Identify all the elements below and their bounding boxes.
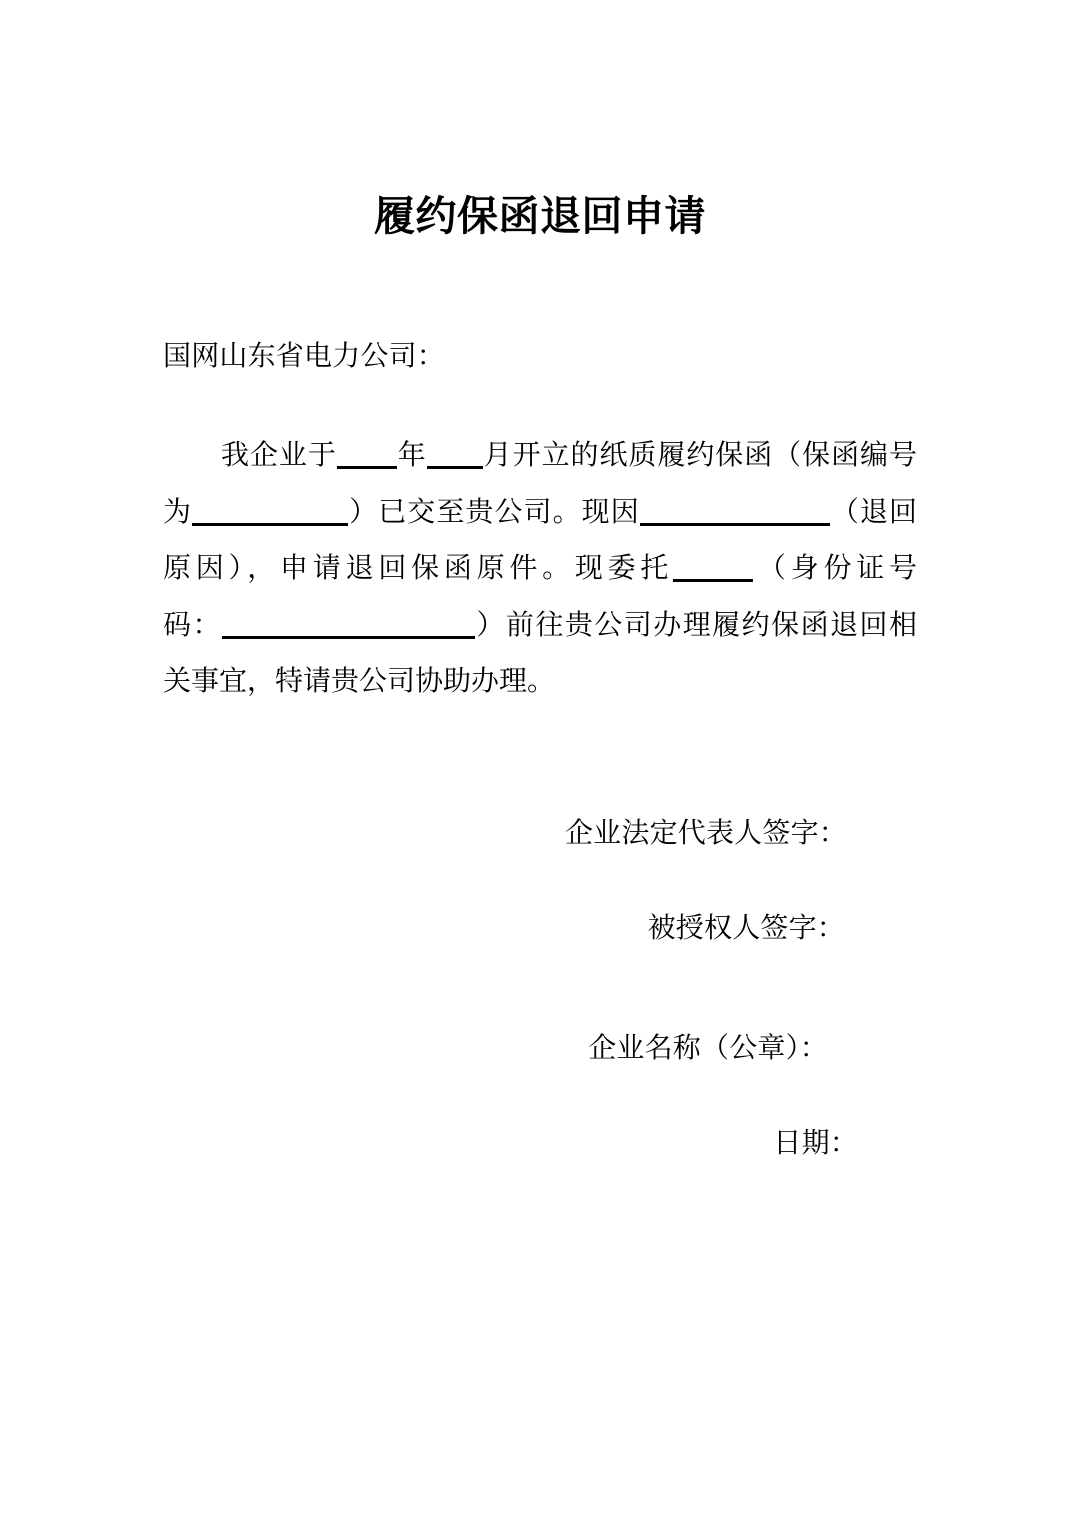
paragraph-line: 码：）前往贵公司办理履约保函退回相 [163, 597, 917, 654]
paragraph-line: 关事宜，特请贵公司协助办理。 [163, 653, 917, 710]
document-page: 履约保函退回申请 国网山东省电力公司： 我企业于年月开立的纸质履约保函（保函编号… [0, 0, 1080, 1527]
blank-underline [673, 559, 753, 582]
date-line: 日期： [163, 1124, 917, 1162]
paragraph-line: 为）已交至贵公司。现因（退回 [163, 484, 917, 541]
blank-underline [427, 446, 483, 469]
authorized-person-signature-line: 被授权人签字： [163, 909, 917, 947]
legal-representative-signature-line: 企业法定代表人签字： [163, 814, 917, 852]
blank-underline [640, 503, 830, 526]
blank-underline [337, 446, 397, 469]
blank-underline [222, 616, 475, 639]
paragraph-line: 我企业于年月开立的纸质履约保函（保函编号 [163, 427, 917, 484]
paragraph-line: 原因），申请退回保函原件。现委托（身份证号 [163, 540, 917, 597]
signature-block: 企业法定代表人签字： 被授权人签字： 企业名称（公章）： 日期： [163, 814, 917, 1162]
recipient-line: 国网山东省电力公司： [163, 336, 917, 376]
blank-underline [192, 503, 348, 526]
document-title: 履约保函退回申请 [0, 188, 1080, 244]
company-name-seal-line: 企业名称（公章）： [163, 1029, 917, 1067]
application-body: 我企业于年月开立的纸质履约保函（保函编号为）已交至贵公司。现因（退回原因），申请… [163, 427, 917, 710]
